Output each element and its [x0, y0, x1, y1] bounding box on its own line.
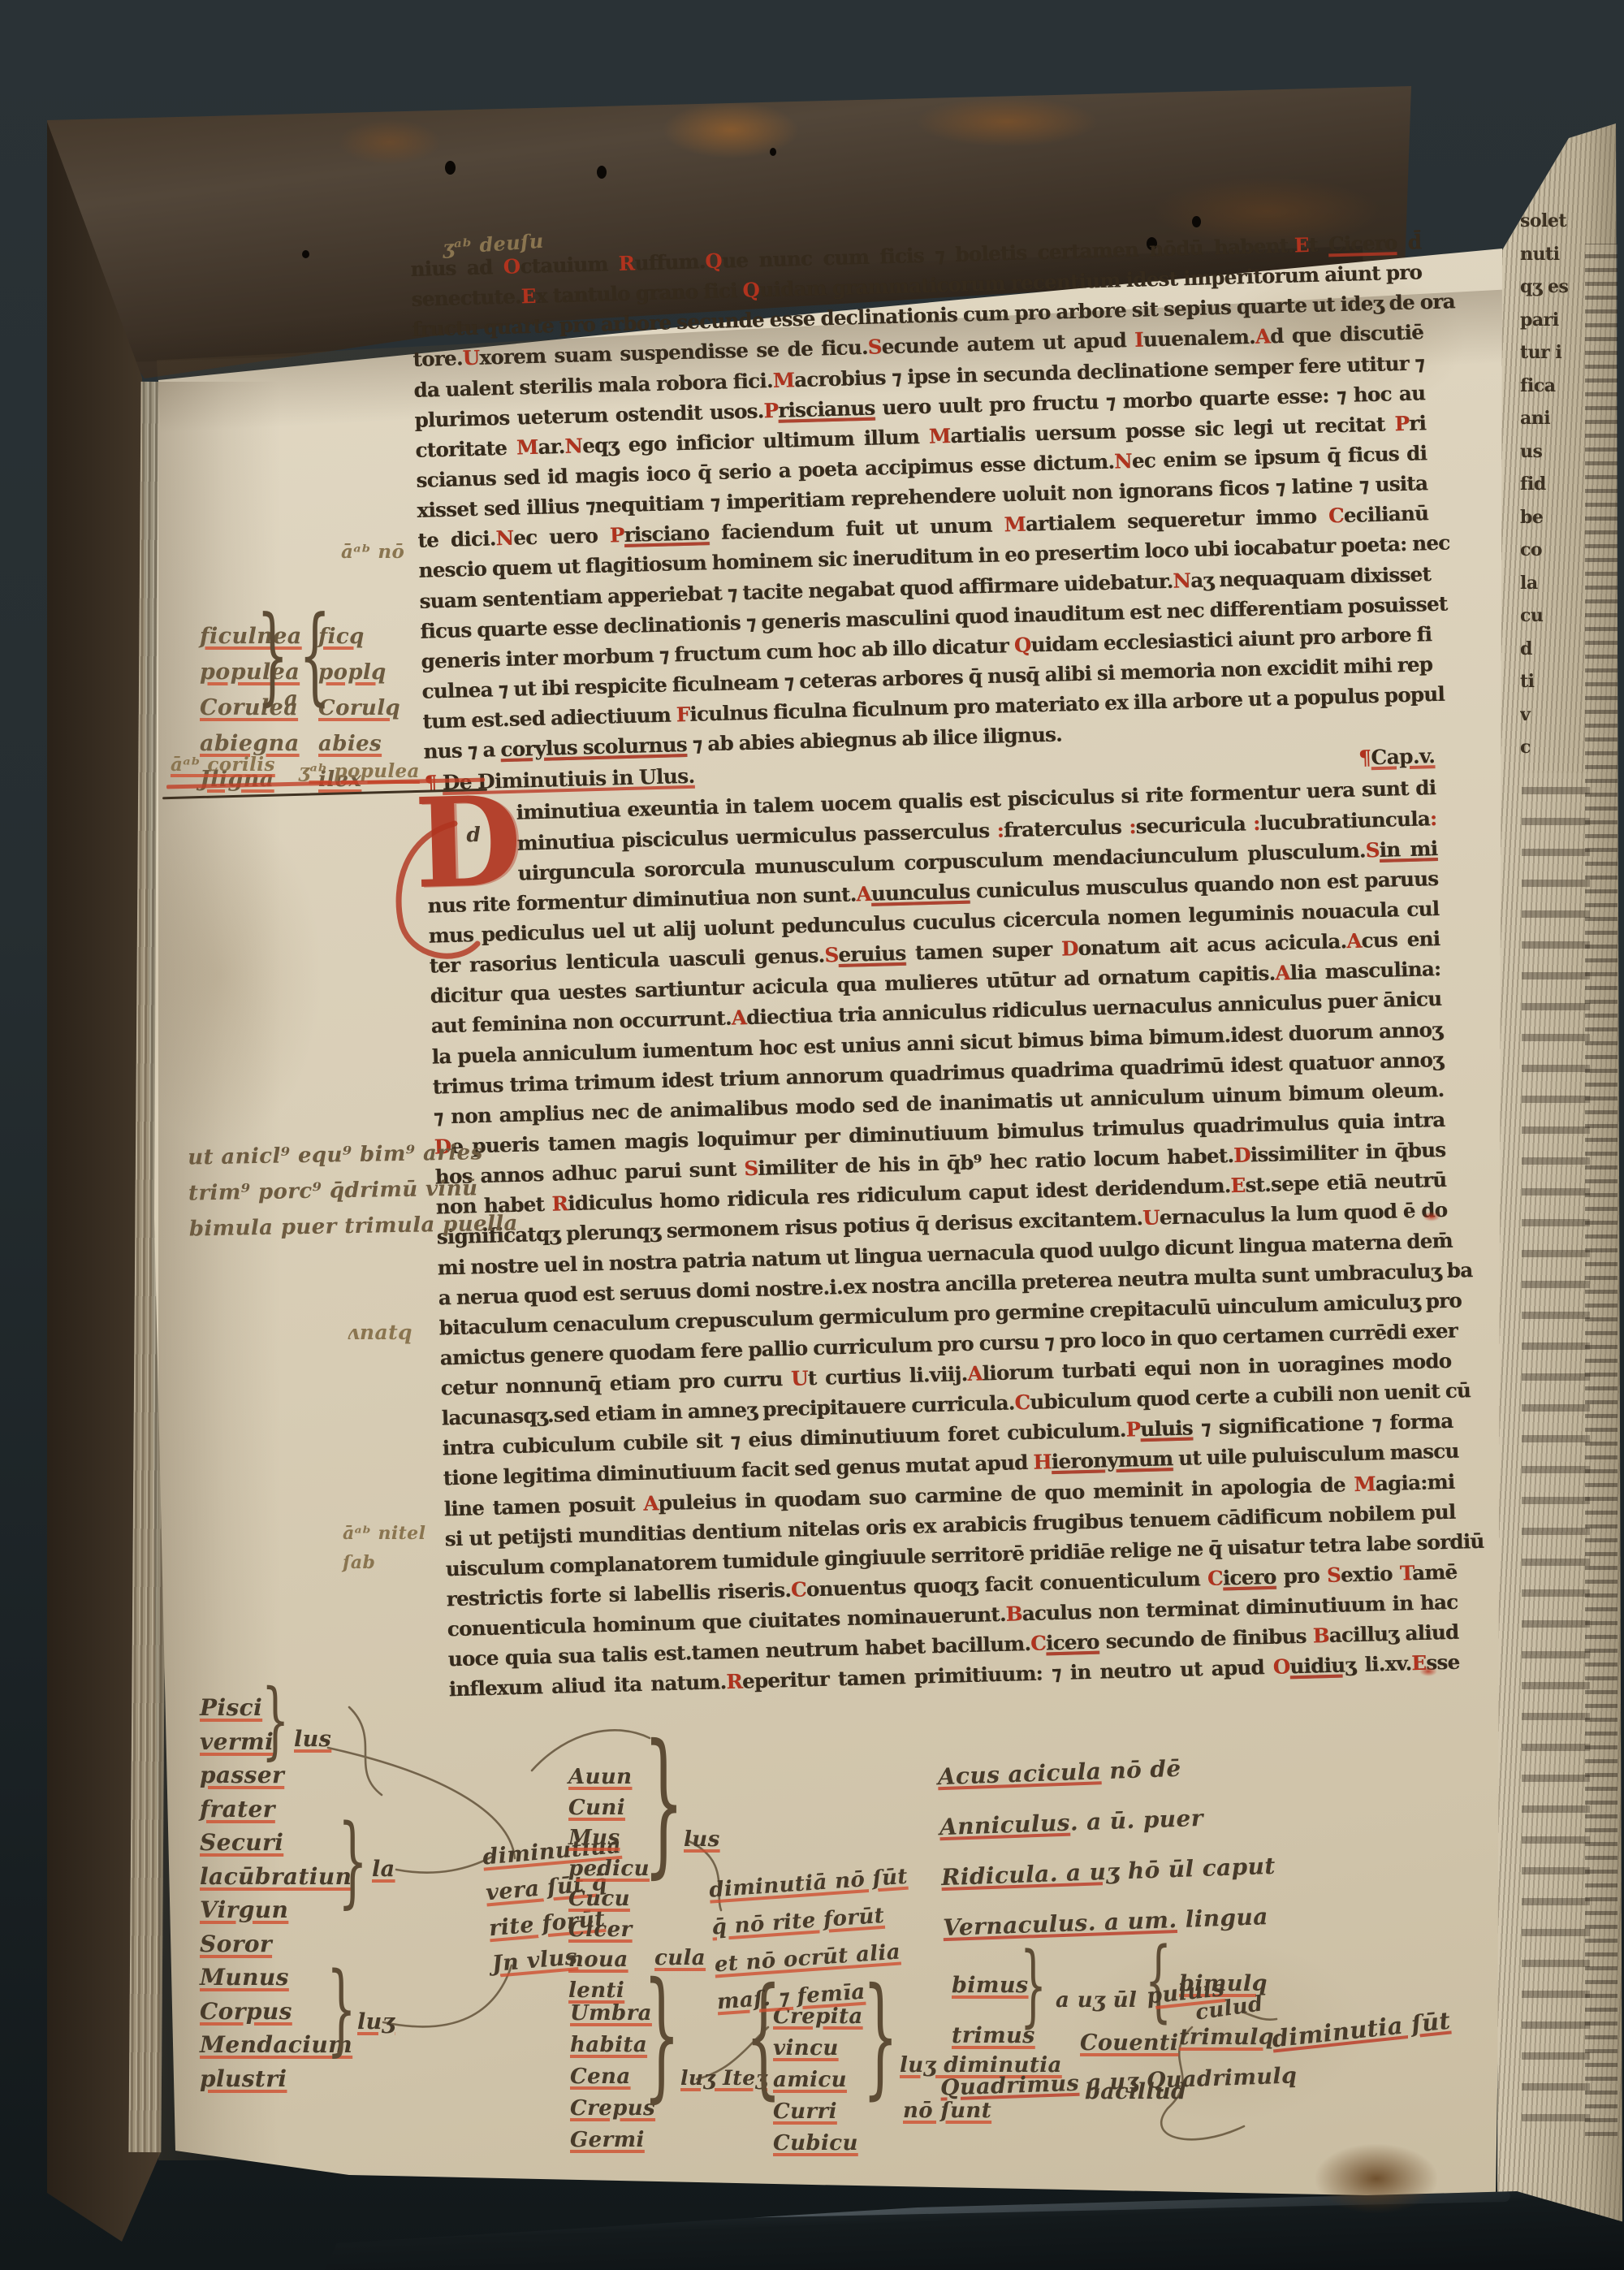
- margin-red-mark: [1423, 1212, 1440, 1221]
- next-page-text-texture: [1522, 773, 1590, 2121]
- margin-note-line: trim⁹ porc⁹ q̄drimū vinū: [188, 1170, 518, 1211]
- margin-nitel-note: āᵃᵇ nitelſab: [343, 1519, 425, 1577]
- wormhole: [597, 166, 607, 179]
- margin-caret-note: ʌnatq: [348, 1321, 412, 1344]
- schema-crepita-list: CrepitavincuamicuCurriCubicu: [773, 2001, 863, 2160]
- brace-icon: }: [643, 1964, 680, 2104]
- schema-no-sunt: nō ſunt: [903, 2099, 991, 2123]
- margin-age-note: ut anicl⁹ equ⁹ bim⁹ ariestrim⁹ porc⁹ q̄d…: [188, 1134, 518, 1247]
- schema-term: Securi: [200, 1826, 352, 1860]
- wormhole: [770, 148, 776, 156]
- schema-term: lacūbratiun: [200, 1860, 352, 1894]
- schema-term: vincu: [773, 2033, 863, 2065]
- brace-icon: }: [338, 1811, 368, 1910]
- brace-icon: }: [261, 1680, 289, 1763]
- margin-note-ab-no: āᵃᵇ nō: [341, 541, 404, 563]
- brace-icon: {: [299, 603, 330, 708]
- brace-icon: }: [1020, 1942, 1047, 2030]
- schema-term: Cucu: [568, 1884, 650, 1915]
- schema-suffix-luz: luʒ: [357, 2009, 395, 2034]
- wormhole: [1192, 216, 1201, 227]
- schema-couenti: Couenti: [1080, 2030, 1178, 2056]
- schema-term: pedicu: [568, 1854, 650, 1885]
- schema-term: amicu: [773, 2065, 863, 2096]
- chapter-body: iminutiua exeuntia in talem uocem qualis…: [425, 772, 1460, 1704]
- schema-term: Auun: [568, 1762, 650, 1793]
- schema-suffix-mid-lus: lus: [684, 1827, 720, 1852]
- chapter-number: ¶Cap.v.: [1358, 739, 1436, 775]
- schema-bacillud: bacillud: [1085, 2079, 1186, 2104]
- schema-term: Cicer: [568, 1915, 650, 1946]
- schema-term: plustri: [200, 2062, 352, 2096]
- wormhole: [302, 250, 309, 258]
- margin-note-line: ſab: [343, 1548, 425, 1577]
- initial-guide-letter: d: [466, 823, 481, 846]
- margin-note-line: bimula puer trimula puella: [188, 1205, 518, 1247]
- margin-red-mark: [1419, 1667, 1437, 1676]
- schema-note-nosunt: diminutiā nō ſūtq̄ nō rite forūtet nō oc…: [708, 1858, 917, 2021]
- printed-text-block: nius ad Octauium Ruffum.Que nunc cum fic…: [410, 227, 1460, 1705]
- brace-icon: }: [257, 603, 288, 708]
- schema-term: Virgun: [200, 1893, 352, 1927]
- page-corner-stain: [1315, 2144, 1437, 2213]
- schema-term: Cuni: [568, 1793, 650, 1824]
- schema-term: frater: [200, 1792, 352, 1827]
- schema-term: Curri: [773, 2096, 863, 2128]
- schema-suffix-la: la: [372, 1857, 395, 1882]
- brace-icon: }: [326, 1959, 356, 2058]
- next-page-text-fragment: solet: [1520, 205, 1598, 238]
- schema-pair-mid: a uʒ ūl: [1056, 1988, 1137, 2013]
- margin-term: abies: [318, 726, 400, 762]
- schema-term: Germi: [570, 2125, 655, 2156]
- fore-edge-text-texture: [1585, 244, 1618, 2136]
- manuscript-scan: soletnutiqʒ esparitur ificaaniusfidbecol…: [0, 0, 1624, 2270]
- schema-acus-block: Acus acicula nō dēAnniculus. a ū. puerRi…: [937, 1740, 1278, 1953]
- schema-term: noua: [568, 1945, 650, 1976]
- margin-note-line: ut anicl⁹ equ⁹ bim⁹ aries: [188, 1134, 517, 1175]
- paragraph-ficus: nius ad Octauium Ruffum.Que nunc cum fic…: [410, 227, 1435, 767]
- schema-mid-list: AuunCuniMuspedicuCucuCicernoualenti: [568, 1762, 650, 2006]
- margin-fig-note-left: āᵃᵇ corilis: [171, 754, 275, 776]
- margin-note-line: āᵃᵇ nitel: [343, 1519, 425, 1548]
- schema-term: Cubicu: [773, 2128, 863, 2160]
- wormhole: [445, 161, 456, 175]
- schema-term: Mus: [568, 1823, 650, 1854]
- schema-suffix-lus: lus: [294, 1727, 331, 1752]
- brace-icon: }: [643, 1725, 685, 1881]
